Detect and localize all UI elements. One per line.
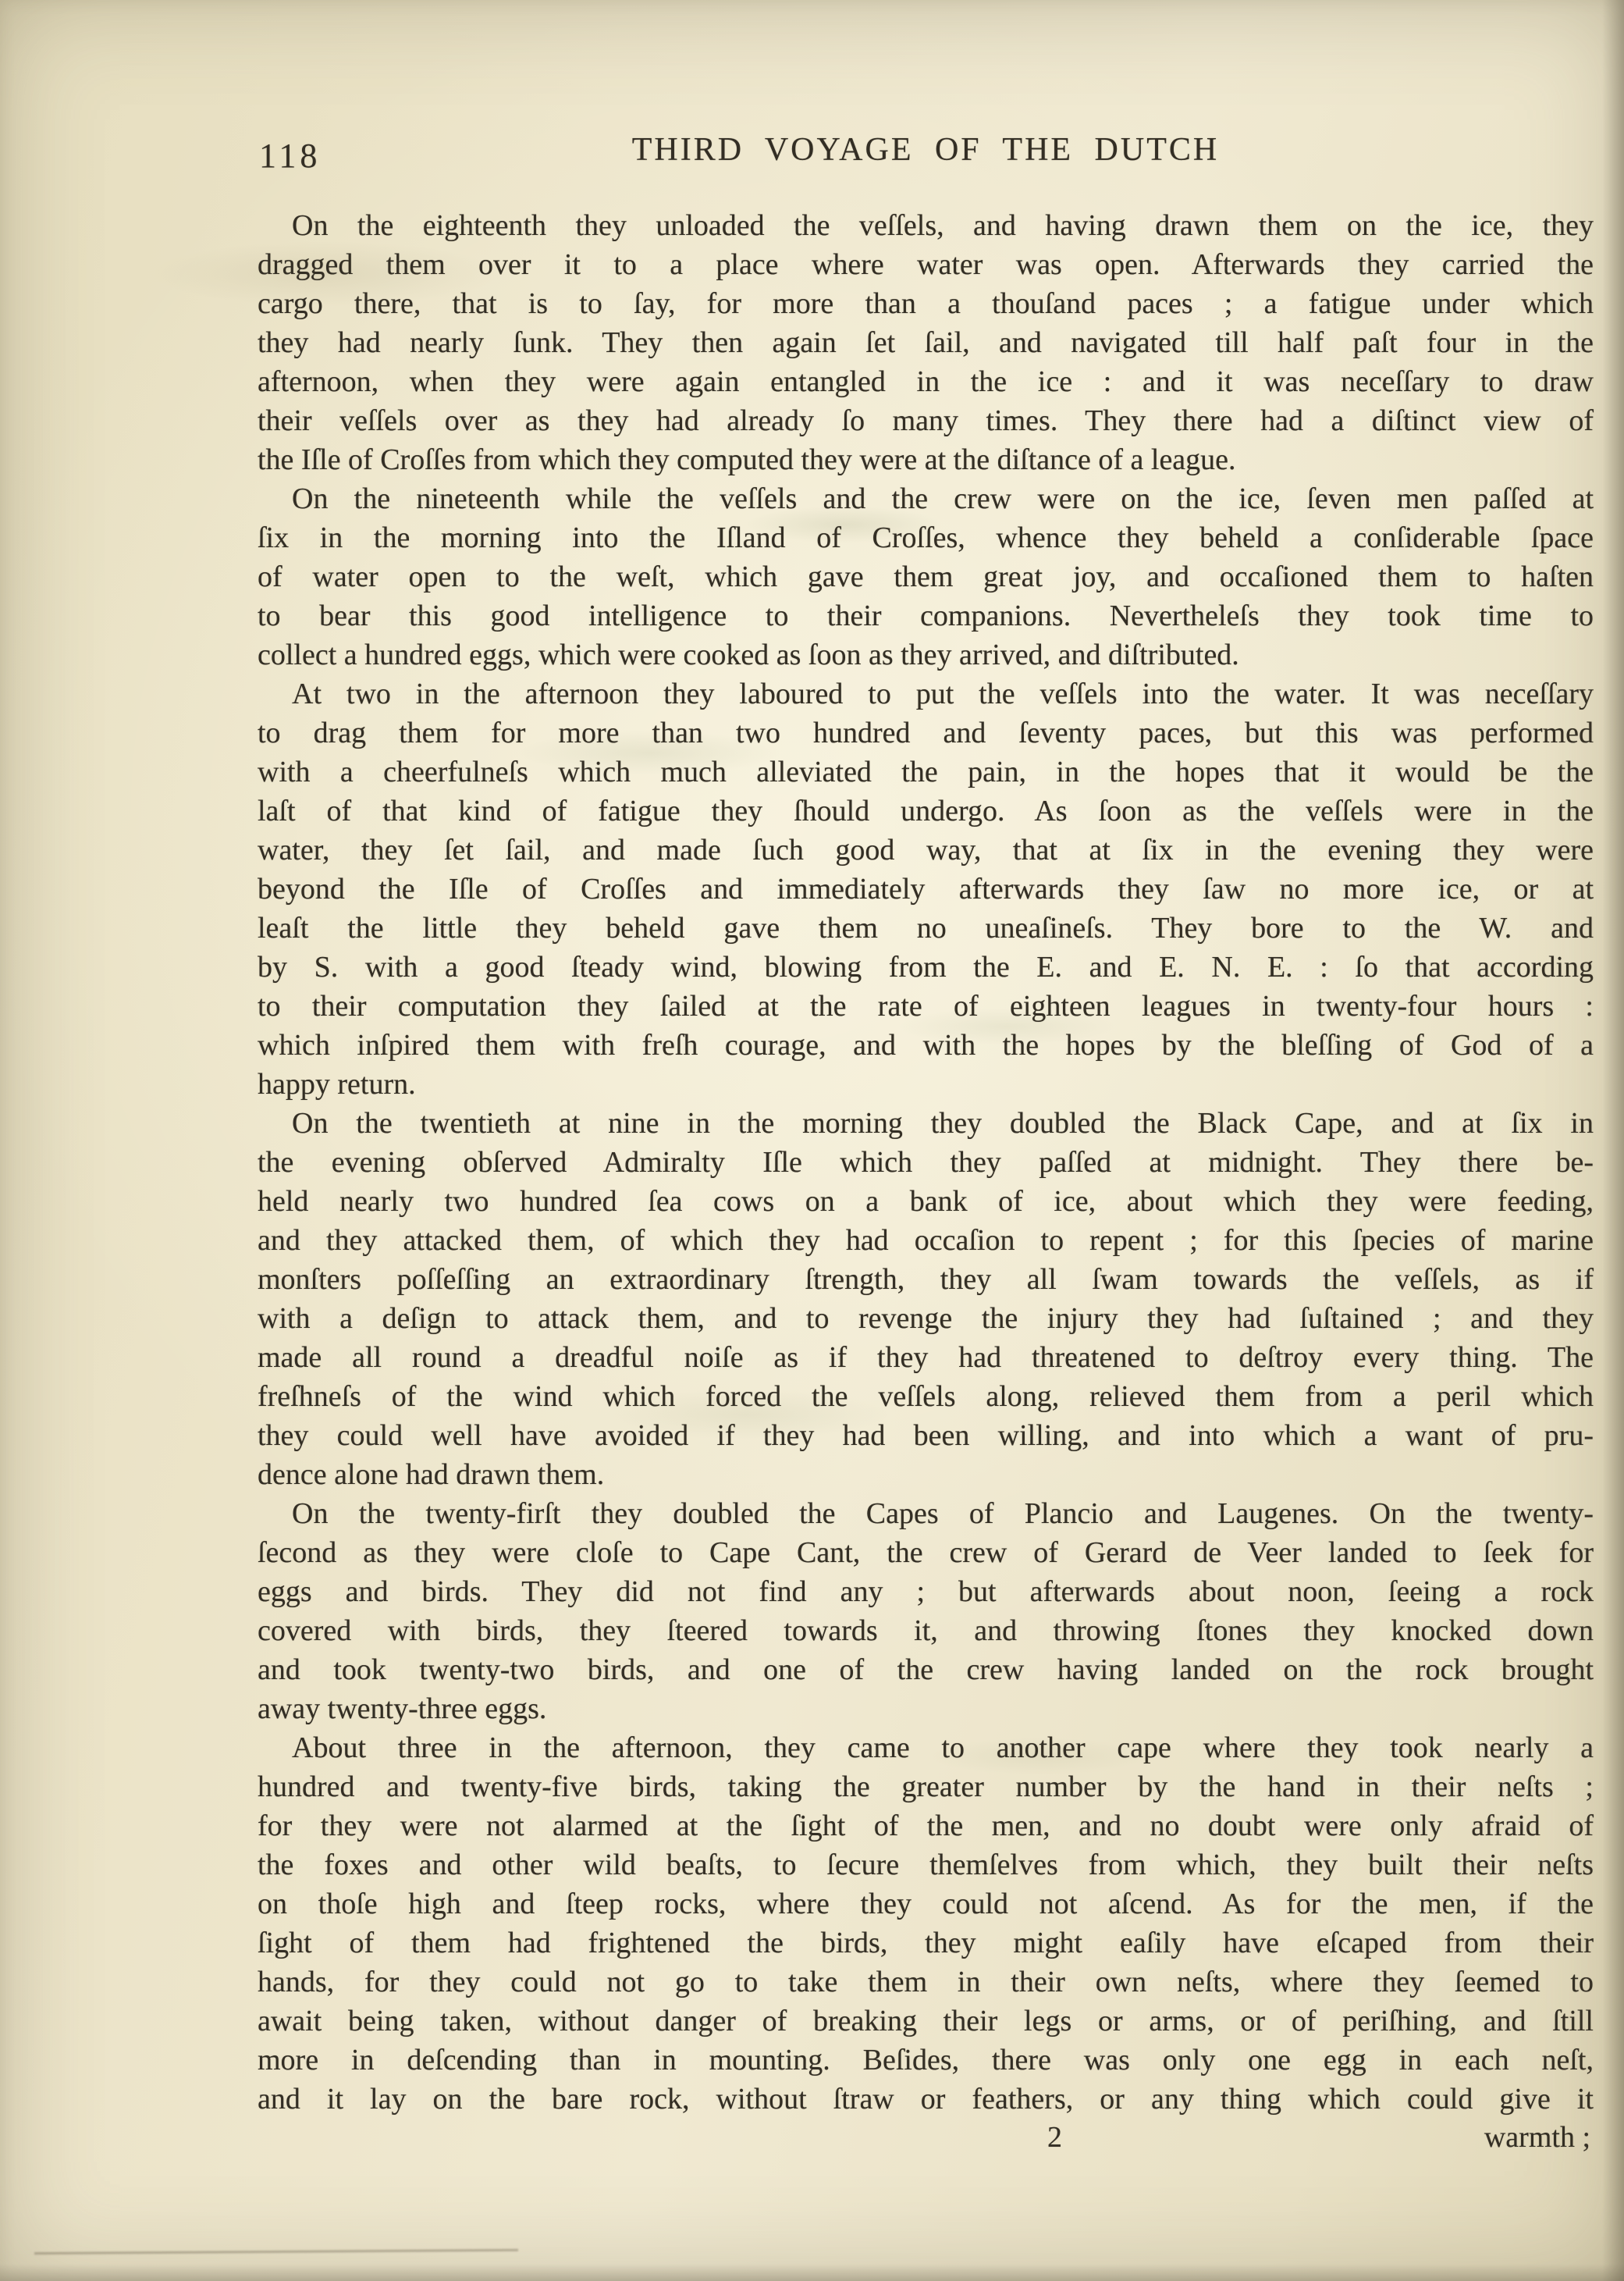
text-line: dragged them over it to a place where wa… — [258, 245, 1594, 284]
text-line: hundred and twenty-five birds, taking th… — [258, 1767, 1594, 1806]
text-line: hands, for they could not go to take the… — [258, 1963, 1594, 2002]
text-line: and they attacked them, of which they ha… — [258, 1221, 1594, 1260]
text-line: away twenty-three eggs. — [258, 1689, 1594, 1728]
scan-edge-shadow-bottom — [0, 2264, 1624, 2281]
text-line: to drag them for more than two hundred a… — [258, 713, 1594, 753]
text-line: laſt of that kind of fatigue they ſhould… — [258, 792, 1594, 831]
text-line: they had nearly ſunk. They then again ſe… — [258, 323, 1594, 362]
text-line: beyond the Iſle of Croſſes and immediate… — [258, 870, 1594, 909]
text-line: to their computation they ſailed at the … — [258, 987, 1594, 1026]
text-line: On the twentieth at nine in the morning … — [258, 1104, 1594, 1143]
text-line: to bear this good intelligence to their … — [258, 596, 1594, 635]
text-line: by S. with a good ſteady wind, blowing f… — [258, 948, 1594, 987]
text-line: ſight of them had frightened the birds, … — [258, 1923, 1594, 1963]
running-title: THIRD VOYAGE OF THE DUTCH — [258, 131, 1594, 169]
text-line: monſters poſſeſſing an extraordinary ſtr… — [258, 1260, 1594, 1299]
text-line: ſecond as they were cloſe to Cape Cant, … — [258, 1533, 1594, 1572]
text-line: afternoon, when they were again entangle… — [258, 362, 1594, 401]
text-line: with a deſign to attack them, and to rev… — [258, 1299, 1594, 1338]
text-line: At two in the afternoon they laboured to… — [258, 674, 1594, 713]
scan-scratch-mark — [34, 2249, 518, 2254]
text-line: On the twenty-firſt they doubled the Cap… — [258, 1494, 1594, 1533]
text-line: On the eighteenth they unloaded the veſſ… — [258, 206, 1594, 245]
text-line: which inſpired them with freſh courage, … — [258, 1026, 1594, 1065]
text-line: for they were not alarmed at the ſight o… — [258, 1806, 1594, 1845]
text-line: leaſt the little they beheld gave them n… — [258, 909, 1594, 948]
text-line: they could well have avoided if they had… — [258, 1416, 1594, 1455]
page-footer: 2 warmth ; — [258, 2119, 1594, 2159]
paragraph: On the eighteenth they unloaded the veſſ… — [258, 206, 1594, 479]
text-line: and took twenty-two birds, and one of th… — [258, 1650, 1594, 1689]
book-page-scan: 118 THIRD VOYAGE OF THE DUTCH On the eig… — [0, 0, 1624, 2281]
paragraph: About three in the afternoon, they came … — [258, 1728, 1594, 2119]
paragraph: On the nineteenth while the veſſels and … — [258, 479, 1594, 674]
text-line: the Iſle of Croſſes from which they comp… — [258, 440, 1594, 479]
text-line: and it lay on the bare rock, without ſtr… — [258, 2080, 1594, 2119]
text-line: held nearly two hundred ſea cows on a ba… — [258, 1182, 1594, 1221]
text-line: of water open to the weſt, which gave th… — [258, 557, 1594, 596]
text-line: cargo there, that is to ſay, for more th… — [258, 284, 1594, 323]
text-line: ſix in the morning into the Iſland of Cr… — [258, 518, 1594, 557]
text-line: water, they ſet ſail, and made ſuch good… — [258, 831, 1594, 870]
text-line: the foxes and other wild beaſts, to ſecu… — [258, 1845, 1594, 1884]
text-line: About three in the afternoon, they came … — [258, 1728, 1594, 1767]
text-line: made all round a dreadful noiſe as if th… — [258, 1338, 1594, 1377]
text-line: with a cheerfulneſs which much alleviate… — [258, 753, 1594, 792]
paragraph: At two in the afternoon they laboured to… — [258, 674, 1594, 1104]
paragraph: On the twentieth at nine in the morning … — [258, 1104, 1594, 1494]
scan-edge-shadow-right — [1602, 0, 1624, 2281]
text-line: happy return. — [258, 1065, 1594, 1104]
text-line: On the nineteenth while the veſſels and … — [258, 479, 1594, 518]
text-line: await being taken, without danger of bre… — [258, 2002, 1594, 2041]
page-header: 118 THIRD VOYAGE OF THE DUTCH — [258, 131, 1594, 175]
text-line: the evening obſerved Admiralty Iſle whic… — [258, 1143, 1594, 1182]
text-line: covered with birds, they ſteered towards… — [258, 1611, 1594, 1650]
text-line: more in deſcending than in mounting. Beſ… — [258, 2041, 1594, 2080]
text-line: on thoſe high and ſteep rocks, where the… — [258, 1884, 1594, 1923]
page-content: 118 THIRD VOYAGE OF THE DUTCH On the eig… — [258, 131, 1594, 2159]
page-body-text: On the eighteenth they unloaded the veſſ… — [258, 206, 1594, 2119]
signature-mark: 2 — [1047, 2120, 1062, 2155]
text-line: freſhneſs of the wind which forced the v… — [258, 1377, 1594, 1416]
catchword: warmth ; — [1484, 2120, 1590, 2155]
text-line: collect a hundred eggs, which were cooke… — [258, 635, 1594, 674]
text-line: dence alone had drawn them. — [258, 1455, 1594, 1494]
text-line: eggs and birds. They did not find any ; … — [258, 1572, 1594, 1611]
text-line: their veſſels over as they had already ſ… — [258, 401, 1594, 440]
paragraph: On the twenty-firſt they doubled the Cap… — [258, 1494, 1594, 1728]
